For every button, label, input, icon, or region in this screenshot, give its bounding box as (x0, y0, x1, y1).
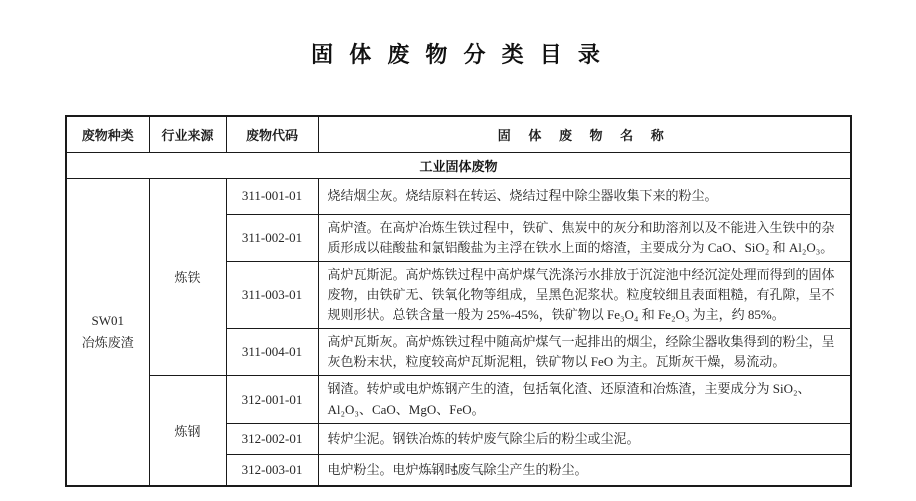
waste-name-cell: 高炉瓦斯泥。高炉炼铁过程中高炉煤气洗涤污水排放于沉淀池中经沉淀处理而得到的固体废… (318, 261, 851, 328)
waste-name-cell: 转炉尘泥。钢铁冶炼的转炉废气除尘后的粉尘或尘泥。 (318, 423, 851, 454)
waste-type-name: 冶炼废渣 (67, 332, 149, 354)
industry-ironmaking-cell: 炼铁 (149, 178, 226, 376)
waste-code-cell: 311-004-01 (226, 329, 318, 376)
waste-name-cell: 烧结烟尘灰。烧结原料在转运、烧结过程中除尘器收集下来的粉尘。 (318, 178, 851, 214)
waste-code-cell: 311-003-01 (226, 261, 318, 328)
waste-name-cell: 钢渣。转炉或电炉炼钢产生的渣，包括氧化渣、还原渣和冶炼渣，主要成分为 SiO₂、… (318, 376, 851, 423)
header-waste-name: 固 体 废 物 名 称 (318, 116, 851, 152)
document-page: 固 体 废 物 分 类 目 录 废物种类 行业来源 废物代码 固 体 废 物 名… (0, 0, 916, 501)
table-row: SW01 冶炼废渣 炼铁 311-001-01 烧结烟尘灰。烧结原料在转运、烧结… (66, 178, 851, 214)
waste-name-cell: 高炉渣。在高炉冶炼生铁过程中，铁矿、焦炭中的灰分和助溶剂以及不能进入生铁中的杂质… (318, 214, 851, 261)
waste-code-cell: 311-002-01 (226, 214, 318, 261)
section-row: 工业固体废物 (66, 152, 851, 178)
page-title: 固 体 废 物 分 类 目 录 (0, 38, 916, 69)
waste-type-cell: SW01 冶炼废渣 (66, 178, 149, 486)
waste-type-code: SW01 (67, 310, 149, 332)
waste-code-cell: 311-001-01 (226, 178, 318, 214)
table-header-row: 废物种类 行业来源 废物代码 固 体 废 物 名 称 (66, 116, 851, 152)
waste-name-cell: 高炉瓦斯灰。高炉炼铁过程中随高炉煤气一起排出的烟尘，经除尘器收集得到的粉尘，呈灰… (318, 329, 851, 376)
page-number: — 5 — (0, 463, 916, 479)
table-row: 炼钢 312-001-01 钢渣。转炉或电炉炼钢产生的渣，包括氧化渣、还原渣和冶… (66, 376, 851, 423)
header-industry-source: 行业来源 (149, 116, 226, 152)
section-title: 工业固体废物 (66, 152, 851, 178)
waste-code-cell: 312-002-01 (226, 423, 318, 454)
waste-code-cell: 312-001-01 (226, 376, 318, 423)
header-waste-type: 废物种类 (66, 116, 149, 152)
waste-classification-table: 废物种类 行业来源 废物代码 固 体 废 物 名 称 工业固体废物 SW01 冶… (65, 115, 852, 487)
header-waste-code: 废物代码 (226, 116, 318, 152)
